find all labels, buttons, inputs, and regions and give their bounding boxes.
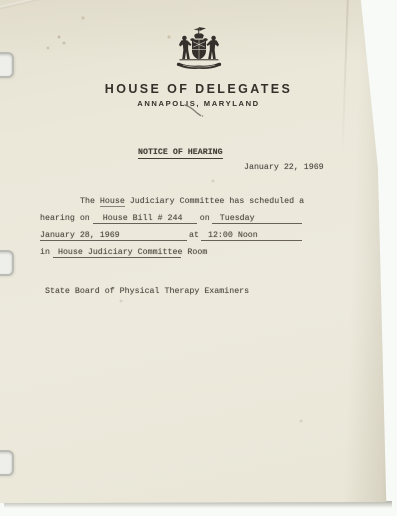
place-blank: House Judiciary Committee Room — [53, 248, 181, 258]
organization-location: ANNAPOLIS, MARYLAND — [0, 99, 397, 108]
notice-title: NOTICE OF HEARING — [138, 148, 223, 159]
line3-label: at — [189, 231, 199, 240]
notice-date: January 22, 1969 — [244, 163, 324, 172]
line2-label-b: on — [200, 214, 210, 223]
time-blank: 12:00 Noon — [201, 231, 302, 241]
notice-line-4: inHouse Judiciary Committee Room — [40, 248, 181, 258]
committee-name: House — [100, 197, 125, 207]
line2-label-a: hearing on — [40, 214, 90, 223]
organization-name: HOUSE OF DELEGATES — [0, 82, 397, 96]
day-blank: Tuesday — [212, 214, 302, 224]
notice-line-2: hearing onHouse Bill # 244onTuesday — [40, 214, 302, 224]
line4-label: in — [40, 248, 50, 257]
line1-pre: The — [80, 197, 100, 206]
paper-crease — [0, 0, 107, 11]
maryland-crest-icon — [172, 26, 226, 78]
pen-mark — [183, 104, 205, 118]
notice-line-3: January 28, 1969at12:00 Noon — [40, 231, 302, 241]
line1-post: Judiciary Committee has scheduled a — [125, 197, 304, 206]
binder-ring — [0, 250, 14, 276]
date-blank: January 28, 1969 — [40, 231, 187, 241]
binder-ring — [0, 450, 14, 476]
notice-line-1: The House Judiciary Committee has schedu… — [80, 197, 304, 206]
bill-blank: House Bill # 244 — [93, 214, 197, 224]
paper-specks — [0, 0, 2, 2]
paper-sheet: HOUSE OF DELEGATES ANNAPOLIS, MARYLAND N… — [0, 0, 397, 516]
binder-ring — [0, 52, 14, 78]
paper-crease — [341, 0, 348, 160]
document-scan: HOUSE OF DELEGATES ANNAPOLIS, MARYLAND N… — [0, 0, 397, 516]
subject-line: State Board of Physical Therapy Examiner… — [45, 287, 249, 296]
